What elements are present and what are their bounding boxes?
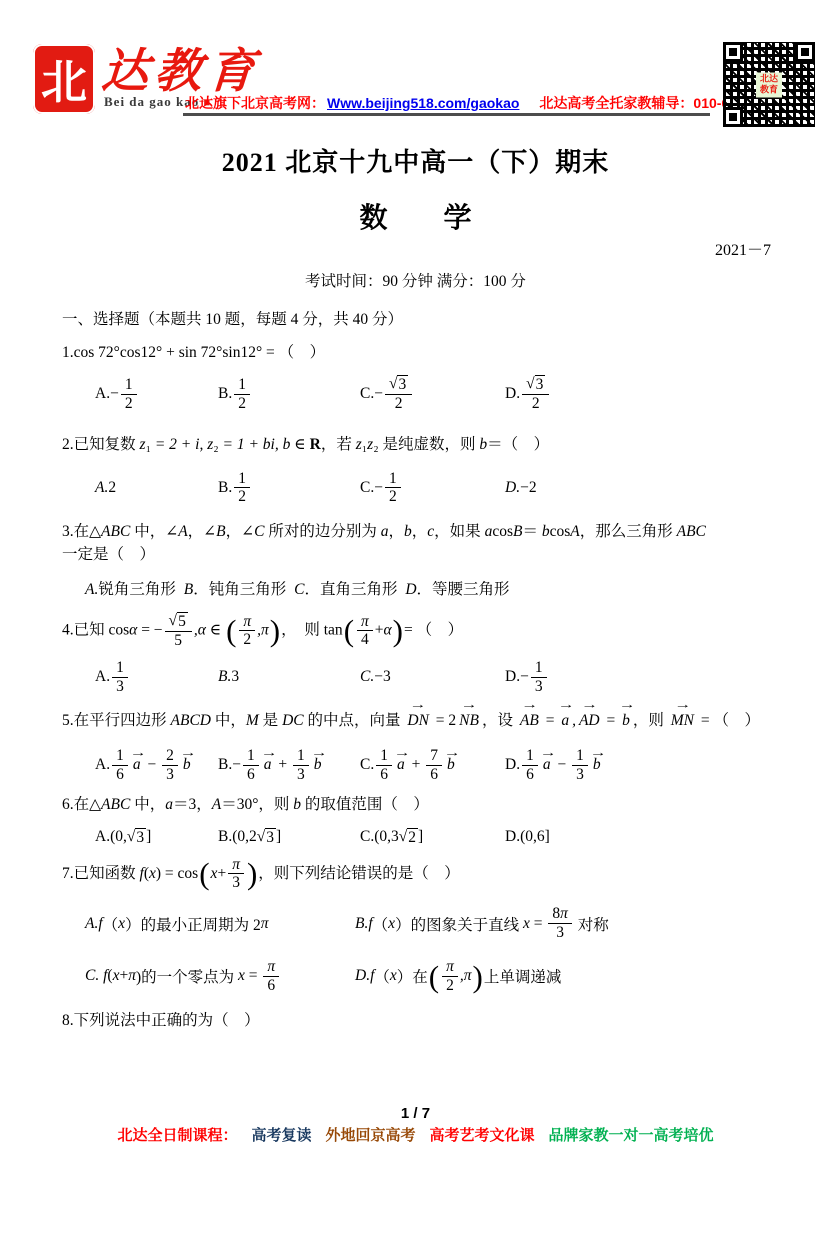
subject-title: 数 学 bbox=[0, 196, 831, 236]
header-info-line: 北达旗下北京高考网：Www.beijing518.com/gaokao北达高考全… bbox=[185, 93, 784, 113]
promo-segment: 外地回京高考 bbox=[325, 1127, 415, 1144]
option: B.12 bbox=[218, 376, 360, 413]
option: B.−16→a + 13→b bbox=[218, 747, 360, 784]
qr-center-badge: 北达教育 bbox=[756, 72, 782, 97]
question-stem: 8.下列说法中正确的为（ ） bbox=[62, 1010, 801, 1032]
option: D.16→a − 13→b bbox=[505, 747, 604, 784]
page-number: 1 / 7 bbox=[0, 1105, 831, 1122]
promo-line: 北达全日制课程：高考复读外地回京高考高考艺考文化课品牌家教一对一高考培优 bbox=[0, 1124, 831, 1145]
qr-finder-icon bbox=[723, 42, 743, 62]
exam-date: 2021－7 bbox=[0, 237, 831, 260]
question-q3: 3.在△ABC 中，∠A，∠B，∠C 所对的边分别为 a，b，c，如果 acos… bbox=[62, 521, 801, 599]
qr-finder-icon bbox=[795, 42, 815, 62]
question-q2: 2.已知复数 z₁ = 2 + i, z₂ = 1 + bi, b ∈ R，若 … bbox=[62, 434, 801, 506]
header-divider bbox=[183, 113, 710, 116]
qr-badge-label: 北达教育 bbox=[759, 73, 779, 96]
brand-text: 达教育 bbox=[100, 34, 264, 101]
option: D.(0,6] bbox=[505, 828, 550, 846]
question-stem: 7.已知函数 f(x) = cos(x+π3)，则下列结论错误的是（ ） bbox=[62, 856, 801, 893]
question-q4: 4.已知 cosα = −√55,α ∈ (π2,π)， 则 tan(π4+α)… bbox=[62, 612, 801, 695]
question-stem: 6.在△ABC 中，a＝3，A＝30°，则 b 的取值范围（ ） bbox=[62, 794, 801, 816]
option: A.(0,√3] bbox=[95, 828, 218, 847]
option: B.f（x）的图象关于直线 x = 8π3 对称 bbox=[355, 905, 801, 942]
option: B.3 bbox=[218, 668, 360, 686]
site-label: 北达旗下北京高考网： bbox=[185, 95, 325, 111]
option: D.√32 bbox=[505, 375, 551, 413]
option: A.13 bbox=[95, 659, 218, 696]
option: D．等腰三角形 bbox=[405, 581, 509, 598]
exam-meta: 考试时间：90 分钟 满分：100 分 bbox=[0, 269, 831, 291]
qr-code: 北达教育 bbox=[723, 42, 815, 127]
question-q6: 6.在△ABC 中，a＝3，A＝30°，则 b 的取值范围（ ）A.(0,√3]… bbox=[62, 794, 801, 846]
promo-segment: 高考艺考文化课 bbox=[430, 1127, 535, 1144]
option: C.(0,3√2] bbox=[360, 828, 505, 847]
option: D.−13 bbox=[505, 659, 549, 696]
exam-title: 2021 北京十九中高一（下）期末 bbox=[0, 142, 831, 179]
section-heading: 一、选择题（本题共 10 题，每题 4 分，共 40 分） bbox=[62, 307, 831, 329]
option: C.−3 bbox=[360, 668, 505, 686]
option: D.−2 bbox=[505, 479, 537, 497]
option: D.f（x）在(π2,π)上单调递减 bbox=[355, 958, 801, 995]
option: A.2 bbox=[95, 479, 218, 497]
option: A.16→a − 23→b bbox=[95, 747, 218, 784]
promo-segment: 高考复读 bbox=[251, 1127, 311, 1144]
options: A.16→a − 23→bB.−16→a + 13→bC.16→a + 76→b… bbox=[62, 747, 801, 784]
option: C.16→a + 76→b bbox=[360, 747, 505, 784]
options: A.锐角三角形 B．钝角三角形 C．直角三角形 D．等腰三角形 bbox=[62, 577, 801, 599]
option: C.−√32 bbox=[360, 375, 505, 413]
option: B．钝角三角形 bbox=[184, 581, 290, 598]
question-stem: 4.已知 cosα = −√55,α ∈ (π2,π)， 则 tan(π4+α)… bbox=[62, 612, 801, 650]
option: A.−12 bbox=[95, 376, 218, 413]
options: A.f（x）的最小正周期为 2πB.f（x）的图象关于直线 x = 8π3 对称… bbox=[62, 905, 801, 994]
option: C.−12 bbox=[360, 470, 505, 507]
promo-segment: 北达全日制课程： bbox=[117, 1127, 237, 1144]
option: A.锐角三角形 bbox=[85, 581, 180, 598]
gaokao-site-link[interactable]: Www.beijing518.com/gaokao bbox=[327, 95, 519, 111]
qr-finder-icon bbox=[723, 107, 743, 127]
options: A.(0,√3]B.(0,2√3]C.(0,3√2]D.(0,6] bbox=[62, 828, 801, 847]
option: B.(0,2√3] bbox=[218, 828, 360, 847]
brand-seal-icon: 北 bbox=[33, 44, 95, 114]
header: 北 达教育 Bei da gao kao ■ 北达旗下北京高考网：Www.bei… bbox=[0, 0, 831, 128]
exam-page: 北 达教育 Bei da gao kao ■ 北达旗下北京高考网：Www.bei… bbox=[0, 0, 831, 1247]
options: A.13B.3C.−3D.−13 bbox=[62, 659, 801, 696]
tutor-label: 北达高考全托家教辅导： bbox=[539, 95, 693, 111]
question-q1: 1.cos 72°cos12° + sin 72°sin12° = （ ）A.−… bbox=[62, 342, 801, 413]
question-stem: 3.在△ABC 中，∠A，∠B，∠C 所对的边分别为 a，b，c，如果 acos… bbox=[62, 521, 801, 566]
option: C. f(x+π)的一个零点为 x = π6 bbox=[85, 958, 355, 995]
option: C．直角三角形 bbox=[294, 581, 401, 598]
options: A.−12B.12C.−√32D.√32 bbox=[62, 375, 801, 413]
question-q5: 5.在平行四边形 ABCD 中，M 是 DC 的中点，向量 →DN = 2→NB… bbox=[62, 708, 801, 783]
question-stem: 5.在平行四边形 ABCD 中，M 是 DC 的中点，向量 →DN = 2→NB… bbox=[62, 708, 801, 734]
option: B.12 bbox=[218, 470, 360, 507]
options: A.2B.12C.−12D.−2 bbox=[62, 470, 801, 507]
question-stem: 1.cos 72°cos12° + sin 72°sin12° = （ ） bbox=[62, 342, 801, 364]
question-q7: 7.已知函数 f(x) = cos(x+π3)，则下列结论错误的是（ ）A.f（… bbox=[62, 856, 801, 995]
promo-segment: 品牌家教一对一高考培优 bbox=[549, 1127, 714, 1144]
question-q8: 8.下列说法中正确的为（ ） bbox=[62, 1010, 801, 1032]
questions: 1.cos 72°cos12° + sin 72°sin12° = （ ）A.−… bbox=[0, 342, 831, 1032]
option: A.f（x）的最小正周期为 2π bbox=[85, 905, 355, 942]
question-stem: 2.已知复数 z₁ = 2 + i, z₂ = 1 + bi, b ∈ R，若 … bbox=[62, 434, 801, 456]
